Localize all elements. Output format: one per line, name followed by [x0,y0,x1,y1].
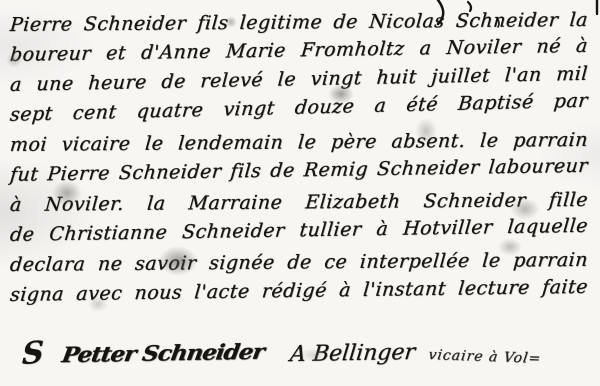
signature-row: S Petter Schneider A Bellinger vicaire à… [0,328,600,378]
manuscript-text-block: Pierre Schneider fils legitime de Nicola… [0,10,600,310]
signature-vicar-role: vicaire à Vol= [427,347,542,367]
signature-vicar: A Bellinger [288,339,416,366]
signature-paraph: S [21,334,44,372]
signature-godfather: Petter Schneider [60,339,266,367]
scanned-baptism-record: Pierre Schneider fils legitime de Nicola… [0,0,600,386]
